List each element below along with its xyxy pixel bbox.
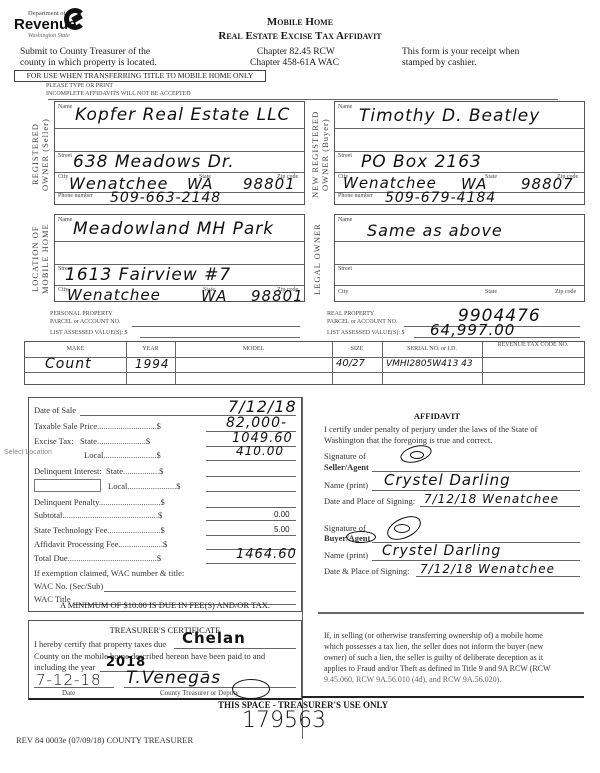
seller-zip-field[interactable]: 98801 — [243, 175, 296, 193]
personal-assessed-field[interactable] — [140, 337, 300, 338]
treasurer-date-field[interactable]: 7-12-18 — [36, 671, 102, 689]
legal-owner-box: Name Same as above Street City State Zip… — [334, 214, 585, 302]
col-header-model: MODEL — [175, 346, 332, 352]
wac-no-label: WAC No. (Sec/Sub) — [34, 581, 103, 591]
affidavit-left-border — [302, 397, 303, 739]
date-of-sale-field[interactable]: 7/12/18 — [228, 397, 297, 416]
header-divider — [48, 99, 558, 100]
subtotal-label: Subtotal................................… — [34, 510, 162, 520]
buyer-phone-field[interactable]: 509-679-4184 — [385, 190, 496, 206]
location-section-label: LOCATION OFMOBILE HOME — [30, 214, 54, 304]
col-header-tax-code: REVENUE TAX CODE NO. — [487, 342, 579, 349]
treasurer-county-field[interactable]: Chelan — [182, 629, 246, 647]
tech-fee-label: State Technology Fee....................… — [34, 525, 165, 535]
col-header-make: MAKE — [25, 346, 126, 352]
real-assessed-field[interactable]: 64,997.00 — [430, 321, 515, 339]
buyer-zip-field[interactable]: 98807 — [521, 175, 574, 193]
incomplete-note: INCOMPLETE AFFIDAVITS WILL NOT BE ACCEPT… — [46, 91, 191, 97]
location-select-box[interactable] — [34, 479, 101, 492]
processing-fee-label: Affidavit Processing Fee................… — [34, 539, 167, 549]
lien-notice-bottom-rule — [302, 696, 584, 698]
seller-name-print-label: Name (print) — [324, 480, 368, 490]
treasurer-cert-line1: I hereby certify that property taxes due — [34, 639, 166, 649]
title-transfer-banner: FOR USE WHEN TRANSFERRING TITLE TO MOBIL… — [14, 70, 266, 82]
form-title-line2: Real Estate Excise Tax Affidavit — [0, 30, 600, 42]
cell-model[interactable] — [177, 358, 327, 371]
legal-owner-street-field[interactable] — [365, 266, 565, 282]
cell-serial[interactable]: VMHI2805W413 43 — [386, 359, 473, 369]
select-location-dropdown[interactable]: Select Location — [4, 449, 52, 456]
treasurer-signature-field[interactable]: T.Venegas — [126, 668, 221, 688]
cell-year[interactable]: 1994 — [135, 357, 170, 371]
seller-sig-label: Signature of — [324, 451, 366, 461]
total-due-label: Total Due...............................… — [34, 553, 161, 563]
buyer-name-print-label: Name (print) — [324, 550, 368, 560]
treasurer-date-label: Date — [62, 689, 75, 697]
subtotal-field[interactable]: 0.00 — [274, 510, 290, 519]
real-parcel-label: PARCEL or ACCOUNT NO. — [327, 319, 397, 325]
mobile-home-table: MAKE YEAR MODEL SIZE SERIAL NO. or I.D. … — [24, 341, 585, 385]
col-header-size: SIZE — [332, 346, 382, 352]
cell-size[interactable]: 40/27 — [336, 358, 365, 369]
form-title-line1: Mobile Home — [0, 16, 600, 28]
real-property-label: REAL PROPERTY — [327, 311, 374, 317]
lien-notice-line3: owner) of such a lien, the seller is gui… — [324, 653, 543, 662]
delinquent-penalty-field[interactable] — [206, 507, 296, 508]
personal-parcel-label: PARCEL or ACCOUNT NO. — [50, 319, 120, 325]
cell-tax-code[interactable] — [485, 358, 581, 371]
seller-date-place-label: Date and Place of Signing: — [324, 496, 415, 506]
delinquent-interest-local-label: Local.......................$ — [108, 481, 180, 491]
location-state-field[interactable]: WA — [201, 287, 227, 305]
buyer-name-print-field[interactable]: Crystel Darling — [382, 543, 501, 559]
legal-owner-section-label: LEGAL OWNER — [312, 214, 332, 304]
location-city-field[interactable]: Wenatchee — [67, 286, 161, 304]
excise-state-label: Excise Tax: State.......................… — [34, 436, 150, 446]
exemption-label: If exemption claimed, WAC number & title… — [34, 568, 184, 578]
wac-no-field[interactable] — [104, 591, 296, 592]
seller-name-print-field[interactable]: Crystel Darling — [384, 471, 511, 489]
delinquent-interest-state-field[interactable] — [206, 476, 296, 477]
delinquent-interest-label: Delinquent Interest: State..............… — [34, 466, 163, 476]
seller-section-label: REGISTEREDOWNER (Seller) — [30, 102, 54, 207]
delinquent-interest-local-field[interactable] — [206, 491, 296, 492]
lien-notice-line1: If, in selling (or otherwise transferrin… — [324, 631, 543, 640]
treasurer-cert-line2: County on the mobile home described here… — [34, 651, 265, 661]
buyer-street-field[interactable]: PO Box 2163 — [361, 152, 482, 172]
receipt-note-2: stamped by cashier. — [402, 58, 477, 68]
treasurer-signer-label: County Treasurer or Deputy — [160, 689, 239, 697]
receipt-note-1: This form is your receipt when — [402, 47, 519, 57]
buyer-name-field[interactable]: Timothy D. Beatley — [359, 106, 540, 126]
location-name-field[interactable]: Meadowland MH Park — [73, 219, 274, 239]
receipt-number: 179563 — [242, 708, 326, 733]
legal-owner-name-field[interactable]: Same as above — [367, 221, 503, 240]
taxable-price-field[interactable]: 82,000- — [226, 415, 287, 431]
buyer-box: Name Timothy D. Beatley Street PO Box 21… — [334, 101, 585, 205]
seller-agent-label: Seller/Agent — [324, 462, 369, 472]
excise-local-field[interactable]: 410.00 — [236, 444, 284, 458]
lien-notice-top-rule — [318, 612, 584, 614]
real-assessed-label: LIST ASSESSED VALUE(S): $ — [327, 330, 405, 336]
lien-notice-line4: applies to Fraud and/or Theft as defined… — [324, 664, 551, 673]
affidavit-statement-2: Washington that the foregoing is true an… — [324, 435, 492, 445]
tech-fee-field[interactable]: 5.00 — [274, 525, 290, 534]
seller-date-place-field[interactable]: 7/12/18 Wenatchee — [424, 492, 559, 506]
total-due-field[interactable]: 1464.60 — [236, 547, 297, 562]
seller-name-field[interactable]: Kopfer Real Estate LLC — [75, 105, 290, 125]
delinquent-penalty-label: Delinquent Penalty......................… — [34, 497, 165, 507]
chapter-wac: Chapter 458-61A WAC — [250, 58, 339, 68]
col-header-year: YEAR — [126, 346, 175, 352]
location-zip-field[interactable]: 98801 — [251, 287, 304, 305]
lien-notice-line2: which possesses a tax lien, the seller d… — [324, 642, 543, 651]
banner-text: FOR USE WHEN TRANSFERRING TITLE TO MOBIL… — [15, 71, 265, 81]
date-of-sale-label: Date of Sale — [34, 405, 76, 415]
location-street-field[interactable]: 1613 Fairview #7 — [65, 265, 231, 285]
cell-make[interactable]: Count — [45, 356, 92, 372]
lien-notice-line5: 9.45.060, RCW 9A.56.010 (4d), and RCW 9A… — [324, 675, 501, 684]
submit-instruction-1: Submit to County Treasurer of the — [20, 47, 150, 57]
affidavit-title: AFFIDAVIT — [302, 411, 572, 421]
submit-instruction-2: county in which property is located. — [20, 58, 157, 68]
deputy-circle — [232, 679, 270, 699]
personal-assessed-label: LIST ASSESSED VALUE(S): $ — [50, 330, 128, 336]
type-or-print-note: PLEASE TYPE OR PRINT — [46, 83, 113, 89]
chapter-rcw: Chapter 82.45 RCW — [257, 47, 335, 57]
seller-street-field[interactable]: 638 Meadows Dr. — [73, 152, 235, 172]
personal-parcel-field[interactable] — [132, 326, 300, 327]
buyer-section-label: NEW REGISTEREDOWNER (Buyer) — [310, 102, 334, 207]
col-header-serial: SERIAL NO. or I.D. — [382, 346, 482, 352]
seller-box: Name Kopfer Real Estate LLC Street 638 M… — [54, 101, 305, 205]
buyer-date-place-field[interactable]: 7/12/18 Wenatchee — [420, 562, 555, 576]
seller-phone-field[interactable]: 509-663-2148 — [110, 190, 221, 206]
buyer-date-place-label: Date & Place of Signing: — [324, 566, 409, 576]
personal-property-label: PERSONAL PROPERTY — [50, 311, 113, 317]
affidavit-statement-1: I certify under penalty of perjury under… — [324, 424, 537, 434]
treasurer-cert-title: TREASURER'S CERTIFICATE — [28, 625, 302, 635]
location-box: Name Meadowland MH Park Street 1613 Fair… — [54, 214, 305, 302]
minimum-due-notice: A MINIMUM OF $10.00 IS DUE IN FEE(S) AND… — [28, 600, 302, 610]
excise-local-label: Local.........................$ — [84, 450, 161, 460]
taxable-price-label: Taxable Sale Price......................… — [34, 421, 161, 431]
form-id: REV 84 0003e (07/09/18) COUNTY TREASURER — [16, 735, 193, 745]
